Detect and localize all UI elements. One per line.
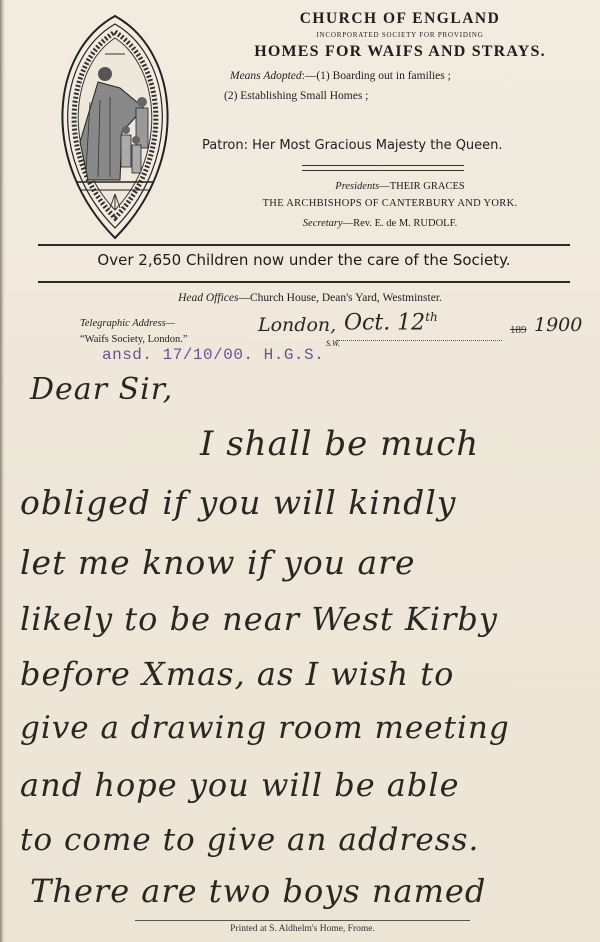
patron-line: Patron: Her Most Gracious Majesty the Qu… [202,138,503,153]
seal-emblem-icon [40,12,190,242]
head-offices-line: Head Offices—Church House, Dean's Yard, … [100,292,520,304]
banner-top-rule [38,244,570,246]
divider-rule [302,165,464,171]
page-left-edge [0,0,5,942]
means-item-2: (2) Establishing Small Homes ; [224,90,368,102]
letter-line: There are two boys named [30,872,486,910]
telegraphic-label: Telegraphic Address— [80,318,175,329]
means-label: Means Adopted [230,70,302,82]
head-offices-value: —Church House, Dean's Yard, Westminster. [238,292,441,304]
means-adopted-line: Means Adopted:—(1) Boarding out in famil… [230,70,451,82]
letter-line: I shall be much [200,424,479,464]
presidents-line: Presidents—THEIR GRACES [230,181,570,192]
children-banner: Over 2,650 Children now under the care o… [38,251,570,269]
dateline-date: Oct. 12th [344,310,438,335]
date-dotted-line [336,340,502,341]
answered-stamp: ansd. 17/10/00. H.G.S. [102,346,324,364]
incorporated-subtitle: INCORPORATED SOCIETY FOR PROVIDING [200,31,600,39]
date-value: Oct. 12 [344,310,425,335]
dateline-place: London, [258,314,336,336]
printed-year-prefix-struck: 189 [510,324,527,336]
means-item-1: :—(1) Boarding out in families ; [302,70,451,82]
letter-line: and hope you will be able [20,766,460,804]
secretary-line: Secretary—Rev. E. de M. RUDOLF. [230,218,530,229]
presidents-value: —THEIR GRACES [379,181,464,192]
footer-rule [135,920,470,921]
secretary-value: —Rev. E. de M. RUDOLF. [343,218,458,229]
letter-line: let me know if you are [20,543,416,582]
letter-line: likely to be near West Kirby [20,600,498,638]
letter-line: to come to give an address. [20,822,479,858]
banner-bottom-rule [38,281,570,283]
printer-credit: Printed at S. Aldhelm's Home, Frome. [135,924,470,934]
letter-line: before Xmas, as I wish to [20,655,454,693]
telegraphic-address: “Waifs Society, London.” [80,334,188,345]
salutation: Dear Sir, [30,372,173,407]
society-title: HOMES FOR WAIFS AND STRAYS. [200,43,600,61]
letter-line: give a drawing room meeting [20,710,510,746]
date-suffix: th [425,310,438,324]
sw-mark: S.W. [326,339,340,348]
letter-page: CHURCH OF ENGLAND INCORPORATED SOCIETY F… [0,0,600,942]
archbishops-line: THE ARCHBISHOPS OF CANTERBURY AND YORK. [220,198,560,209]
presidents-label: Presidents [335,181,379,192]
head-offices-label: Head Offices [178,292,238,304]
secretary-label: Secretary [303,218,343,229]
letter-line: obliged if you will kindly [20,483,456,522]
dateline-year: 1900 [534,314,582,336]
organization-title: CHURCH OF ENGLAND [200,10,600,28]
